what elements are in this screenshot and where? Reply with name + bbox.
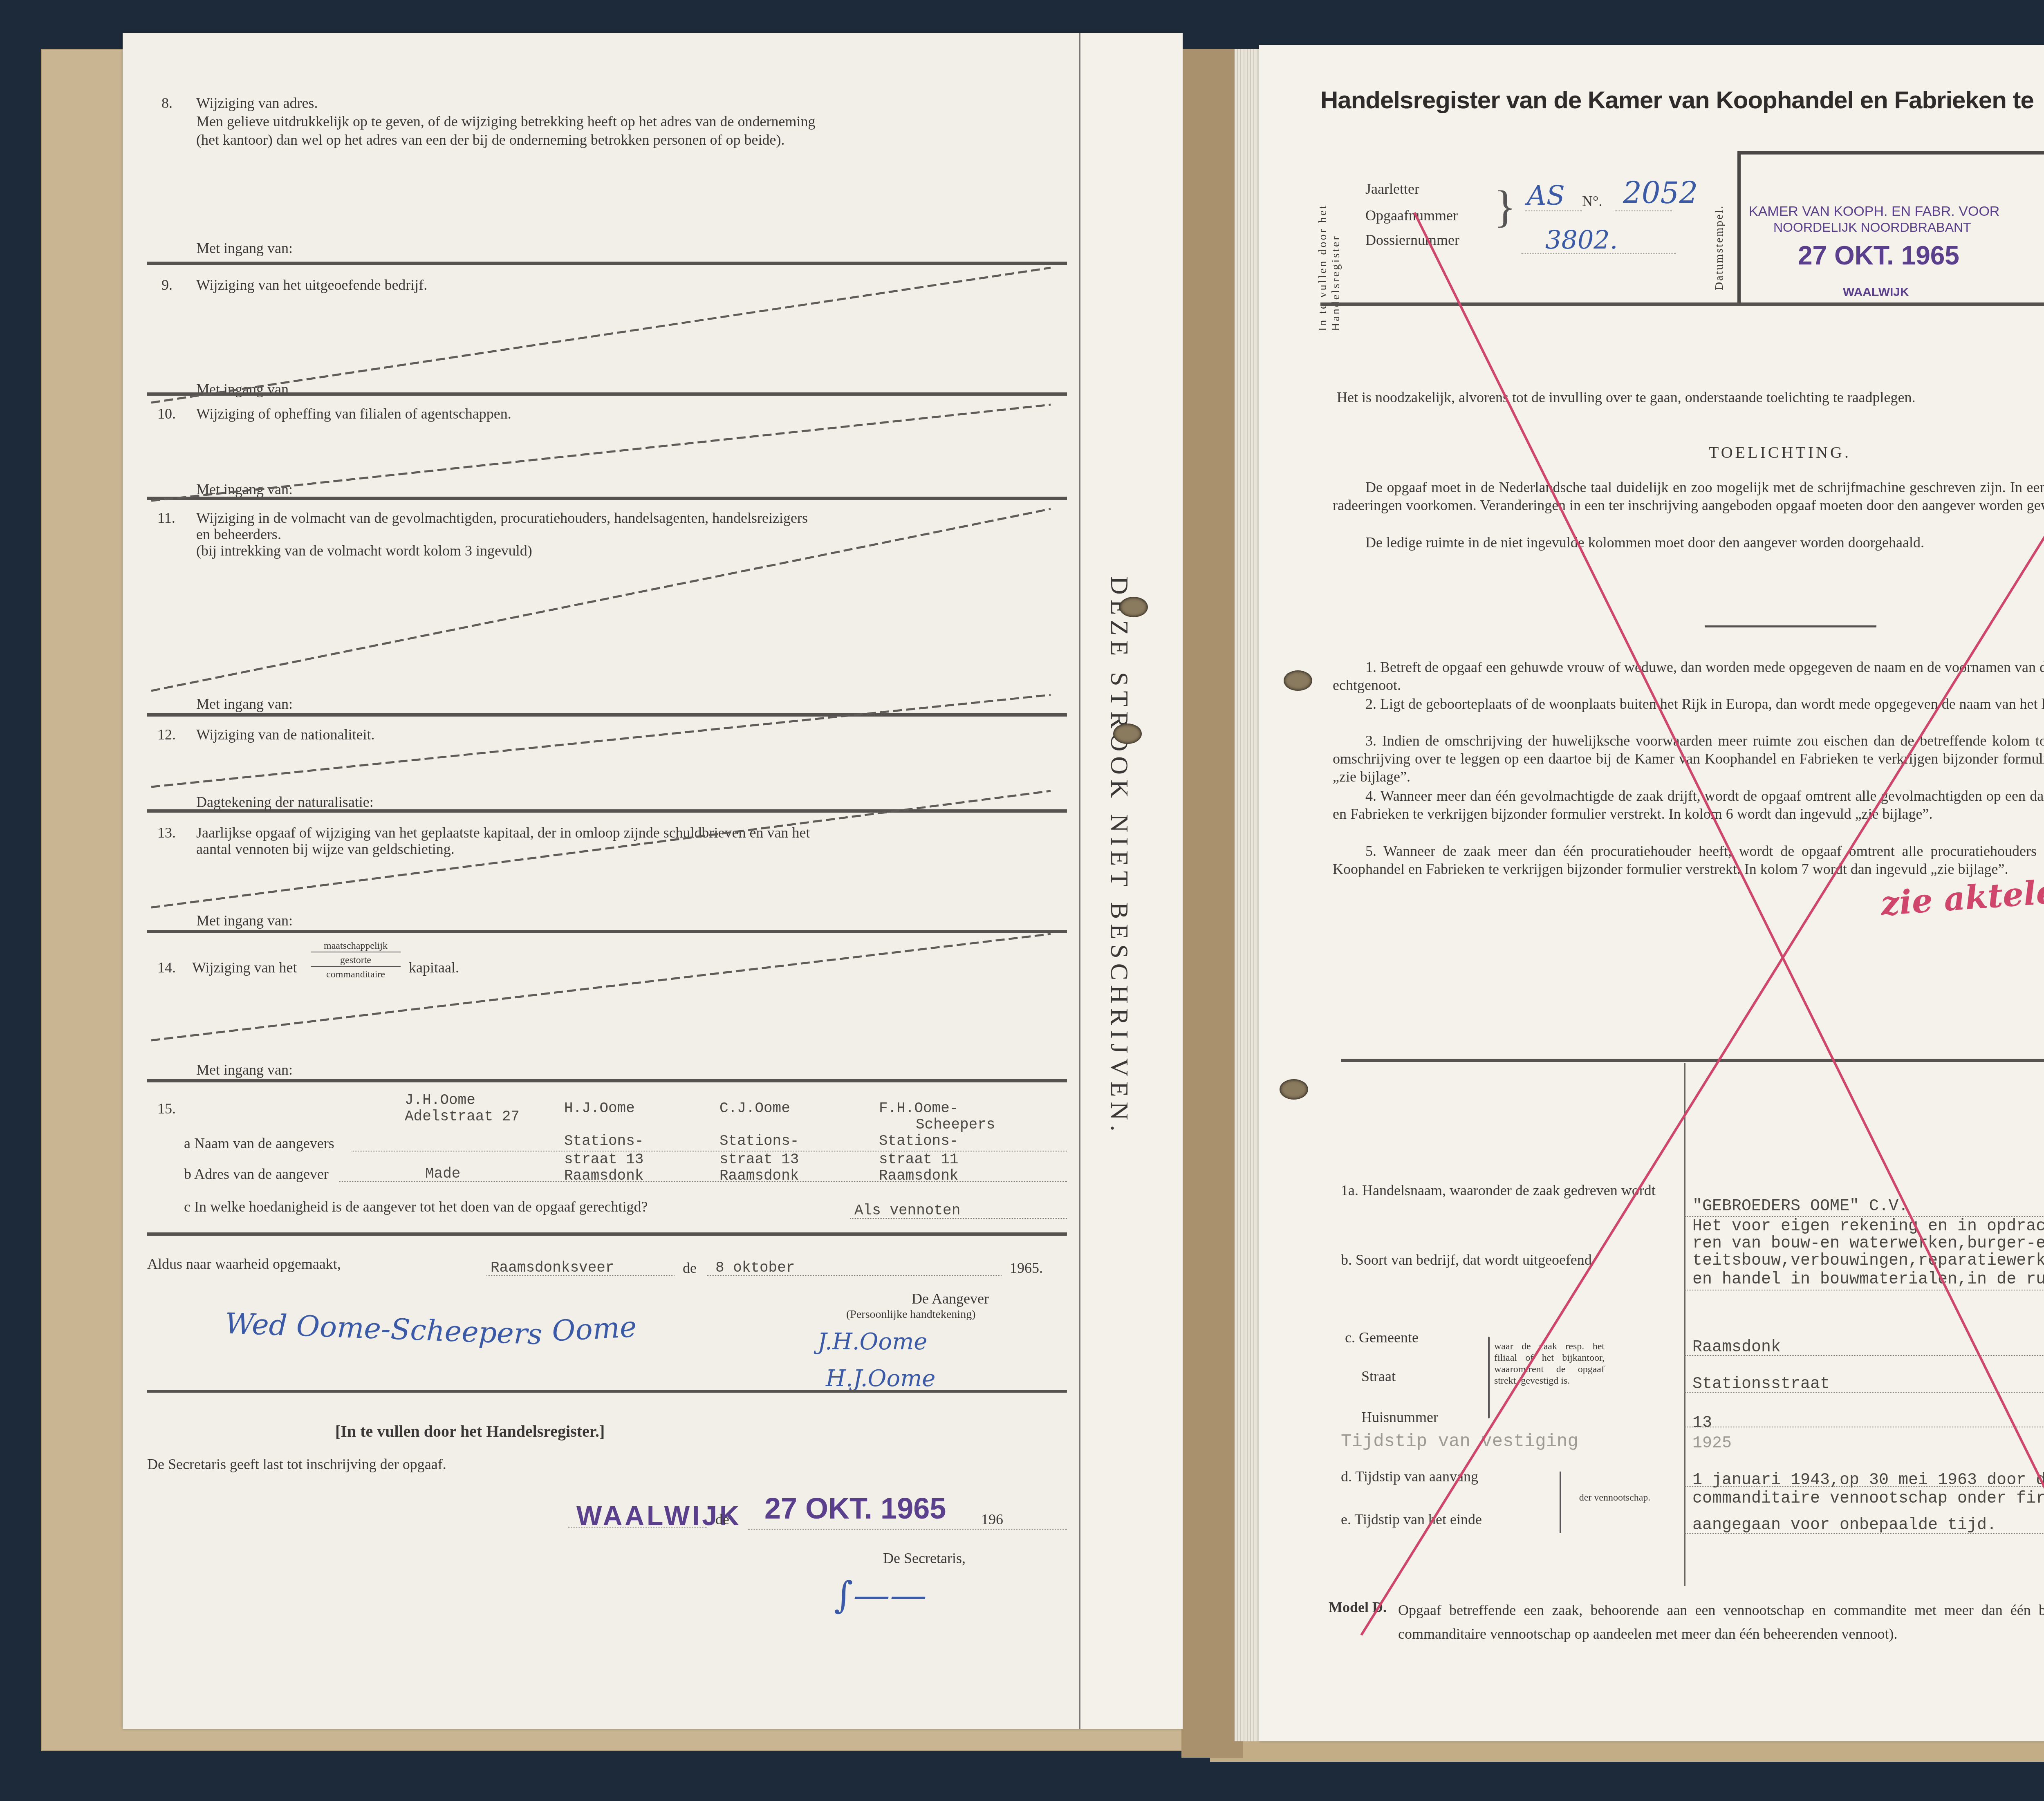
red-cross-out — [1361, 196, 2044, 1635]
strike-lines-overlay — [0, 0, 2044, 1801]
dashed-strike-lines — [151, 268, 1051, 1040]
